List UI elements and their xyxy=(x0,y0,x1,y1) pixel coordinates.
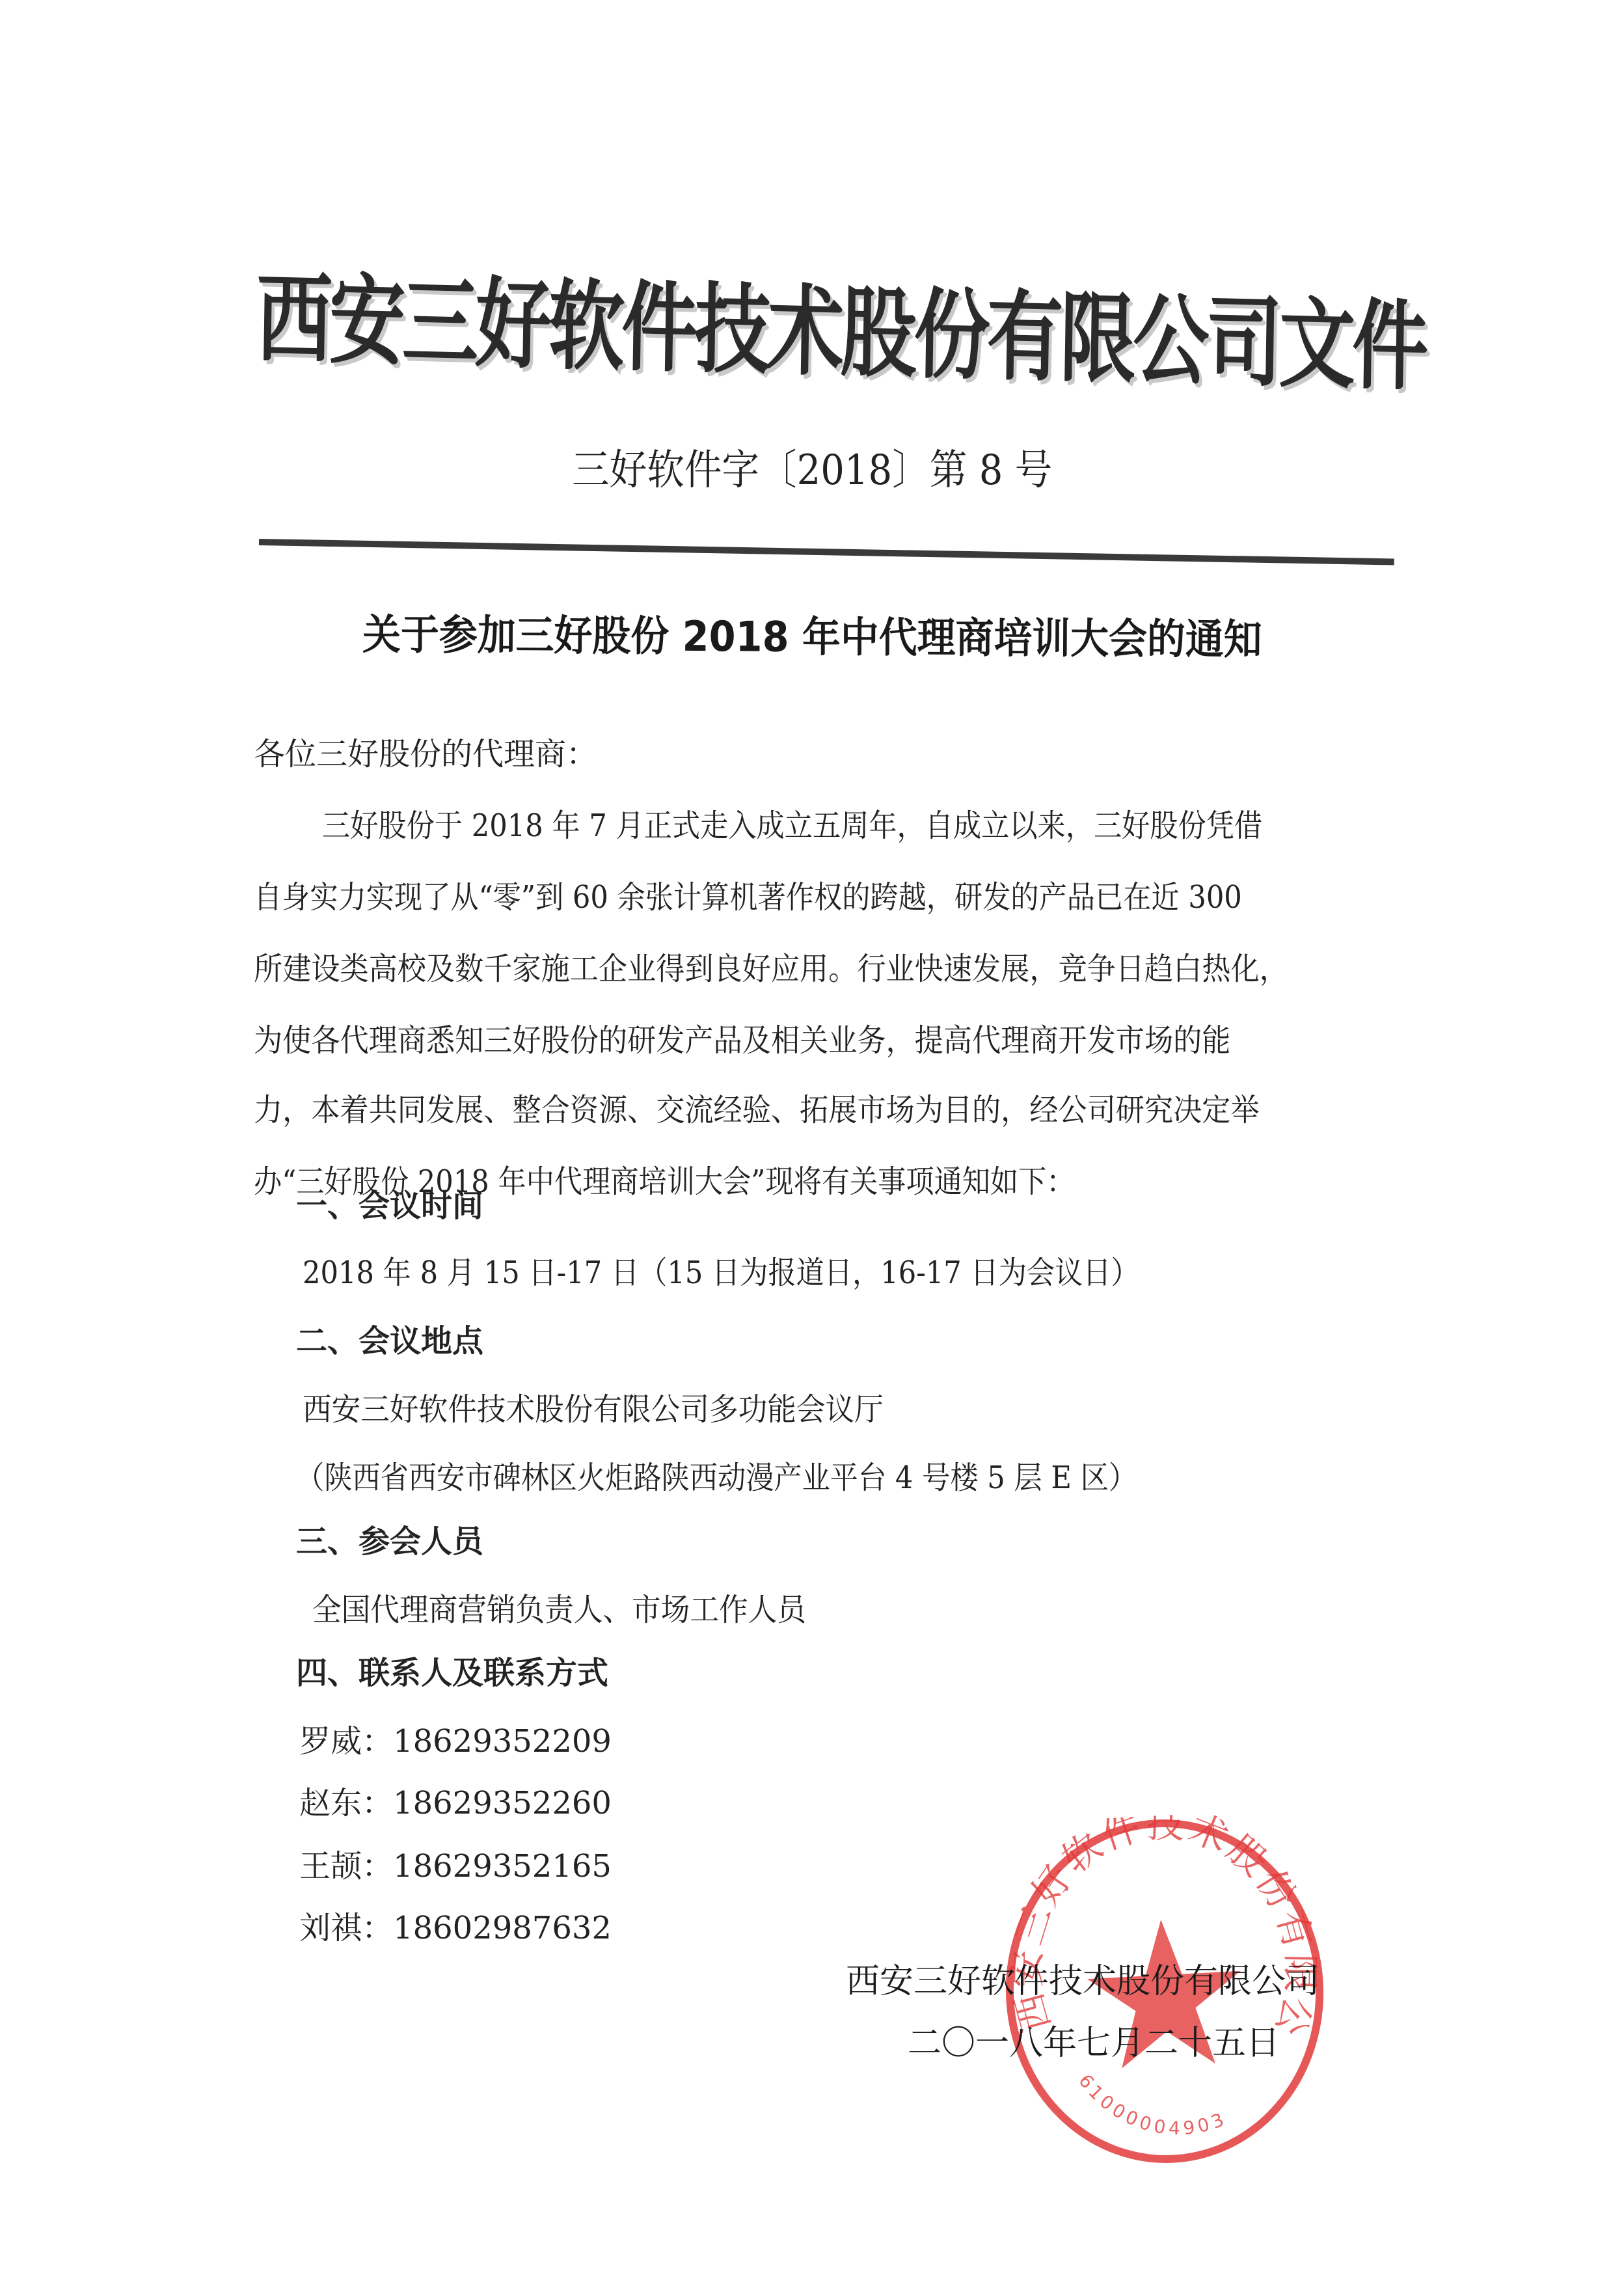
intro-line-text: 所建设类高校及数千家施工企业得到良好应用。行业快速发展，竞争日趋白热化， xyxy=(254,949,1288,989)
section-line-location: 西安三好软件技术股份有限公司多功能会议厅 xyxy=(303,1389,927,1430)
contact-separator: ： xyxy=(362,1846,393,1886)
section-heading-text: 四、联系人及联系方式 xyxy=(296,1653,608,1693)
signature-company: 西安三好软件技术股份有限公司 xyxy=(846,1959,1319,2004)
intro-line: 自身实力实现了从“零”到 60 余张计算机著作权的跨越，研发的产品已在近 300 xyxy=(254,877,1352,918)
intro-line: 所建设类高校及数千家施工企业得到良好应用。行业快速发展，竞争日趋白热化， xyxy=(254,949,1378,989)
header-divider xyxy=(259,539,1394,565)
contact-item: 王颉：18629352165 xyxy=(299,1846,612,1886)
section-line-text: 2018 年 8 月 15 日-17 日（15 日为报道日，16-17 日为会议… xyxy=(303,1253,1139,1293)
intro-line-text: 三好股份于 2018 年 7 月正式走入成立五周年，自成立以来，三好股份凭借 xyxy=(322,806,1262,846)
section-heading-text: 二、会议地点 xyxy=(296,1321,483,1361)
contact-name: 罗威 xyxy=(299,1721,362,1762)
notice-title: 关于参加三好股份 2018 年中代理商培训大会的通知 xyxy=(0,608,1624,667)
intro-line: 力，本着共同发展、整合资源、交流经验、拓展市场为目的，经公司研究决定举 xyxy=(254,1090,1347,1130)
signature-date: 二〇一八年七月二十五日 xyxy=(908,2021,1280,2066)
signature-company-text: 西安三好软件技术股份有限公司 xyxy=(846,1962,1319,2001)
salutation-text: 各位三好股份的代理商： xyxy=(254,734,597,774)
section-heading-contacts: 四、联系人及联系方式 xyxy=(296,1653,608,1693)
contact-name: 王颉 xyxy=(299,1846,362,1886)
section-line-text: 全国代理商营销负责人、市场工作人员 xyxy=(312,1590,806,1630)
contact-separator: ： xyxy=(362,1721,393,1762)
org-document-header: 西安三好软件技术股份有限公司文件 xyxy=(255,260,1170,400)
section-heading-location: 二、会议地点 xyxy=(296,1321,483,1361)
section-line-text: （陕西省西安市碑林区火炬路陕西动漫产业平台 4 号楼 5 层 E 区） xyxy=(296,1458,1137,1498)
contact-phone: 18629352165 xyxy=(393,1846,612,1886)
document-number: 三好软件字〔2018〕第 8 号 xyxy=(0,441,1624,500)
section-heading-time: 一、会议时间 xyxy=(296,1186,483,1226)
signature-date-text: 二〇一八年七月二十五日 xyxy=(908,2024,1280,2063)
contact-phone: 18602987632 xyxy=(393,1908,612,1948)
section-heading-text: 一、会议时间 xyxy=(296,1186,483,1226)
salutation: 各位三好股份的代理商： xyxy=(254,734,597,774)
contact-phone: 18629352260 xyxy=(393,1783,612,1823)
section-line-attendees: 全国代理商营销负责人、市场工作人员 xyxy=(312,1590,843,1630)
contact-separator: ： xyxy=(362,1783,393,1823)
section-heading-attendees: 三、参会人员 xyxy=(296,1521,483,1562)
contact-item: 罗威：18629352209 xyxy=(299,1721,612,1762)
contact-item: 刘祺：18602987632 xyxy=(299,1908,612,1948)
intro-line-text: 自身实力实现了从“零”到 60 余张计算机著作权的跨越，研发的产品已在近 300 xyxy=(254,877,1242,918)
intro-line-text: 为使各代理商悉知三好股份的研发产品及相关业务，提高代理商开发市场的能 xyxy=(254,1020,1230,1061)
section-line-address: （陕西省西安市碑林区火炬路陕西动漫产业平台 4 号楼 5 层 E 区） xyxy=(296,1458,1230,1498)
intro-line: 三好股份于 2018 年 7 月正式走入成立五周年，自成立以来，三好股份凭借 xyxy=(322,806,1367,846)
section-line-text: 西安三好软件技术股份有限公司多功能会议厅 xyxy=(303,1389,884,1430)
contact-separator: ： xyxy=(362,1908,393,1948)
section-line-time: 2018 年 8 月 15 日-17 日（15 日为报道日，16-17 日为会议… xyxy=(303,1253,1232,1293)
contact-phone: 18629352209 xyxy=(393,1721,612,1762)
document-page: 西安三好软件技术股份有限公司文件 三好软件字〔2018〕第 8 号 关于参加三好… xyxy=(0,0,1624,2286)
document-number-text: 三好软件字〔2018〕第 8 号 xyxy=(572,441,1052,500)
contact-name: 刘祺 xyxy=(299,1908,362,1948)
intro-line: 为使各代理商悉知三好股份的研发产品及相关业务，提高代理商开发市场的能 xyxy=(254,1020,1316,1061)
notice-title-text: 关于参加三好股份 2018 年中代理商培训大会的通知 xyxy=(362,606,1262,670)
intro-line-text: 力，本着共同发展、整合资源、交流经验、拓展市场为目的，经公司研究决定举 xyxy=(254,1090,1260,1130)
contact-name: 赵东 xyxy=(299,1783,362,1823)
section-heading-text: 三、参会人员 xyxy=(296,1521,483,1562)
contact-item: 赵东：18629352260 xyxy=(299,1783,612,1823)
